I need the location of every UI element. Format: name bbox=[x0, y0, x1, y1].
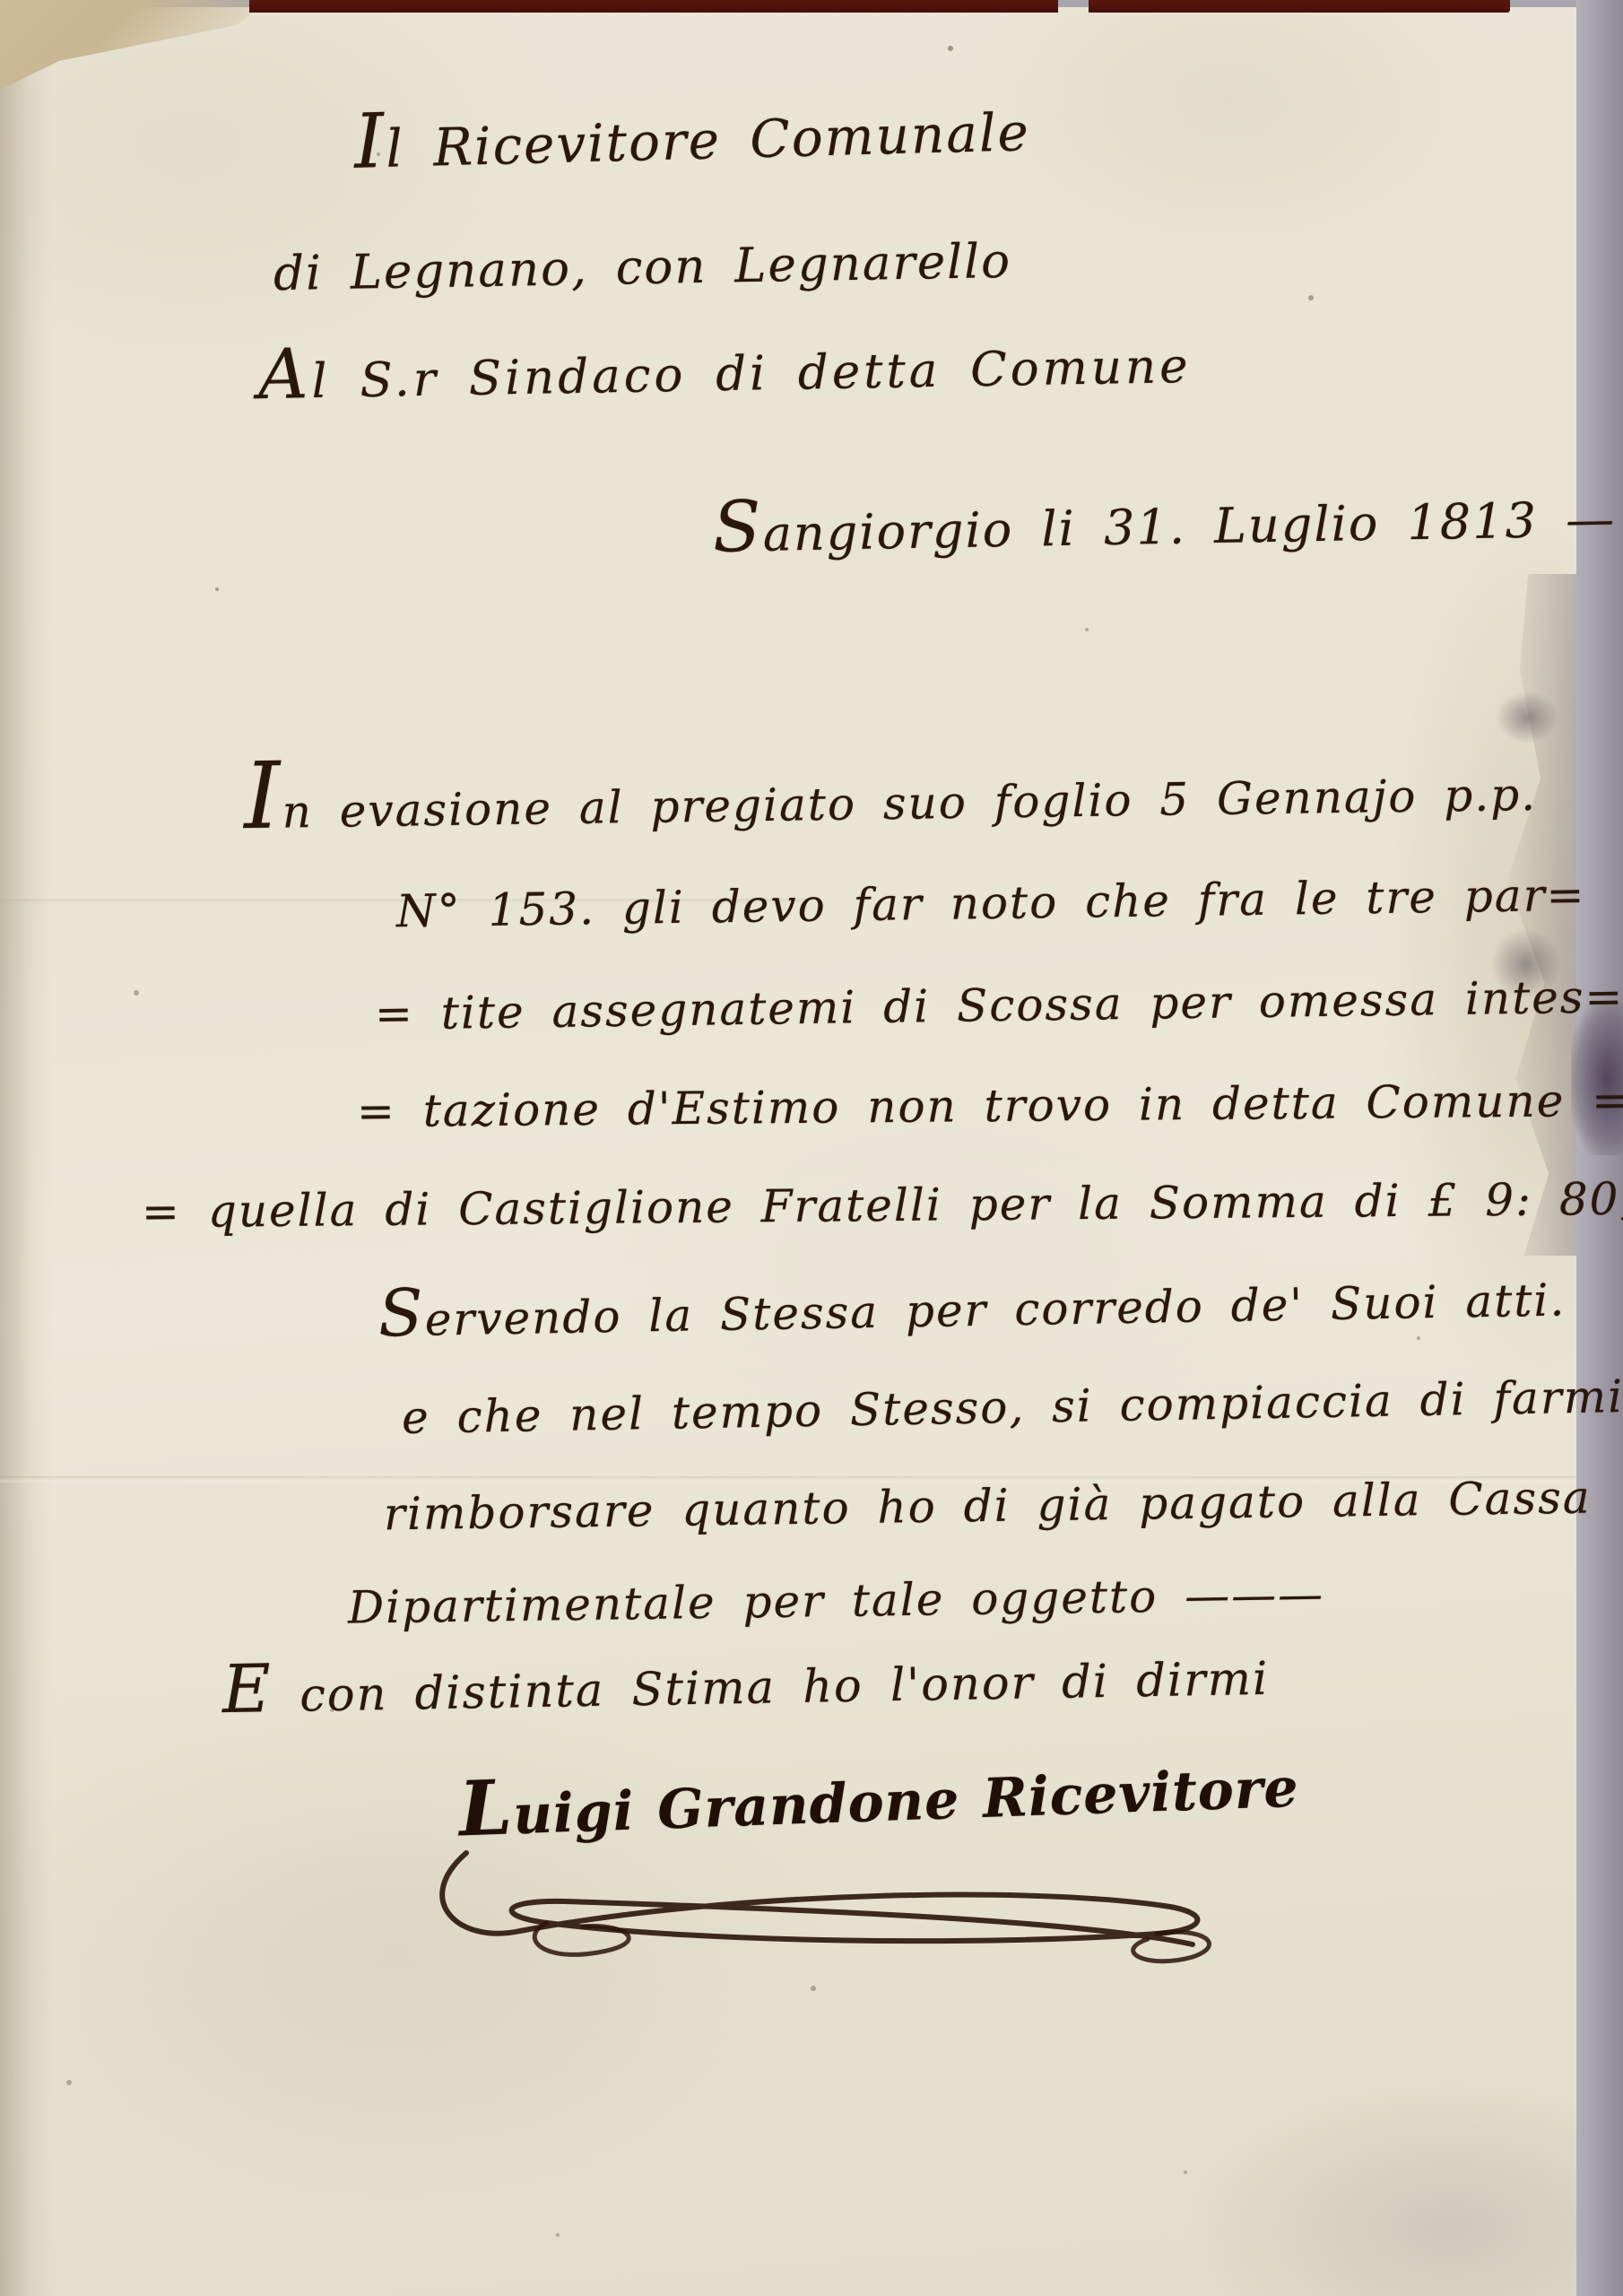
top-edge-strip-right bbox=[1089, 0, 1510, 13]
top-edge-strip-left bbox=[249, 0, 1058, 13]
letter-photo: Il Ricevitore Comunale di Legnano, con L… bbox=[0, 0, 1623, 2296]
signature-flourish bbox=[359, 1837, 1255, 1971]
tear-shadow bbox=[1496, 691, 1558, 744]
body-line-4: = tazione d'Estimo non trovo in detta Co… bbox=[357, 1074, 1623, 1137]
paper-left-edge-shadow bbox=[0, 0, 52, 2296]
